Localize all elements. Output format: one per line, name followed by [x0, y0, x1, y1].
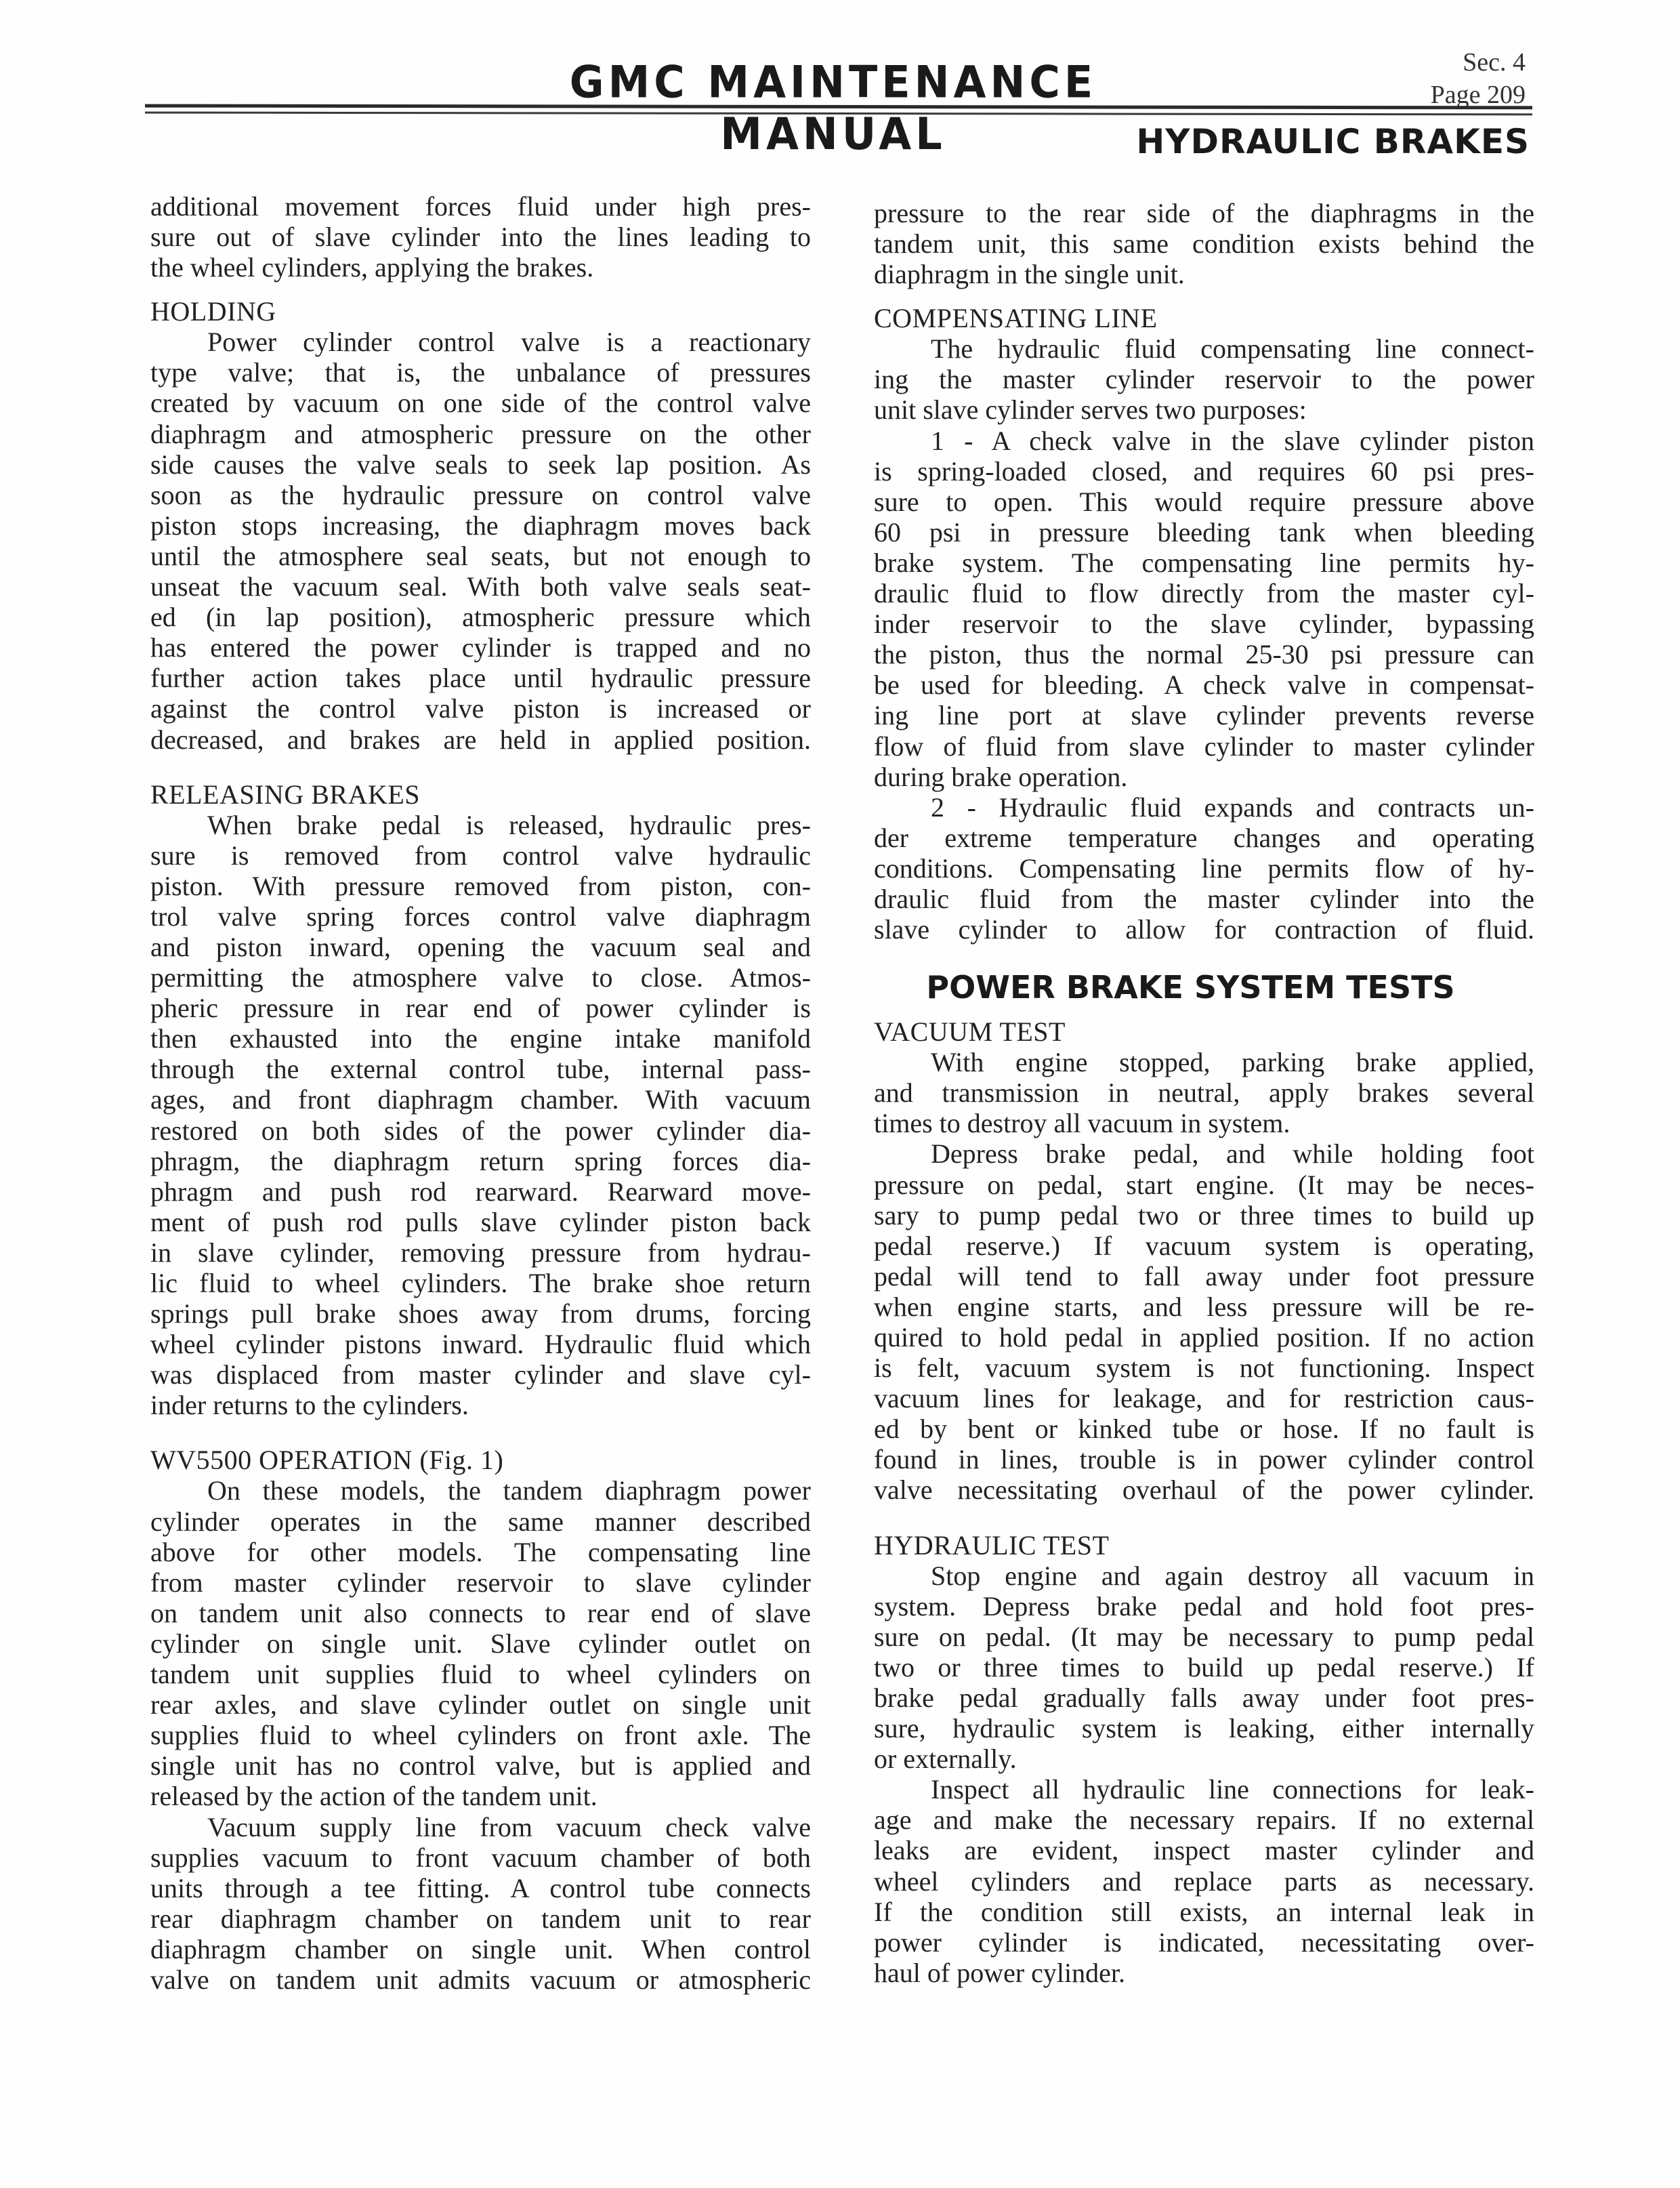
text-line: Inspect all hydraulic line connections f…: [874, 1774, 1534, 1804]
text-line: With engine stopped, parking brake appli…: [874, 1047, 1534, 1077]
text-line: pressure to the rear side of the diaphra…: [874, 198, 1534, 228]
text-line: tandem unit, this same condition exists …: [874, 228, 1534, 259]
text-line: piston stops increasing, the diaphragm m…: [150, 510, 811, 541]
text-line: On these models, the tandem diaphragm po…: [150, 1475, 811, 1506]
text-line: in slave cylinder, removing pressure fro…: [150, 1237, 811, 1268]
text-line: 60 psi in pressure bleeding tank when bl…: [874, 517, 1534, 548]
text-line: Stop engine and again destroy all vacuum…: [874, 1561, 1534, 1591]
holding-paragraph: Power cylinder control valve is a reacti…: [150, 327, 811, 754]
releasing-paragraph: When brake pedal is released, hydraulic …: [150, 810, 811, 1421]
continued-paragraph: pressure to the rear side of the diaphra…: [874, 198, 1534, 289]
text-line: draulic fluid from the master cylinder i…: [874, 884, 1534, 914]
hydraulic-test-paragraph-1: Stop engine and again destroy all vacuum…: [874, 1561, 1534, 1775]
text-line: units through a tee fitting. A control t…: [150, 1873, 811, 1903]
text-line: is felt, vacuum system is not functionin…: [874, 1353, 1534, 1383]
text-line: permitting the atmosphere valve to close…: [150, 962, 811, 993]
text-line: pressure on pedal, start engine. (It may…: [874, 1170, 1534, 1200]
text-line: unit slave cylinder serves two purposes:: [874, 394, 1534, 425]
text-line: wheel cylinder pistons inward. Hydraulic…: [150, 1329, 811, 1359]
section-title: HYDRAULIC BRAKES: [1136, 122, 1530, 161]
text-line: diaphragm chamber on single unit. When c…: [150, 1934, 811, 1964]
text-line: inder reservoir to the slave cylinder, b…: [874, 608, 1534, 639]
text-line: type valve; that is, the unbalance of pr…: [150, 357, 811, 388]
text-line: found in lines, trouble is in power cyli…: [874, 1444, 1534, 1474]
text-line: haul of power cylinder.: [874, 1958, 1534, 1988]
text-line: trol valve spring forces control valve d…: [150, 901, 811, 932]
left-column: additional movement forces fluid under h…: [150, 191, 811, 1995]
text-line: was displaced from master cylinder and s…: [150, 1359, 811, 1390]
text-line: be used for bleeding. A check valve in c…: [874, 669, 1534, 700]
compensating-item-1: 1 - A check valve in the slave cylinder …: [874, 426, 1534, 792]
text-line: during brake operation.: [874, 762, 1534, 792]
text-line: sure, hydraulic system is leaking, eithe…: [874, 1713, 1534, 1743]
text-line: until the atmosphere seal seats, but not…: [150, 541, 811, 571]
text-line: and piston inward, opening the vacuum se…: [150, 932, 811, 962]
text-line: against the control valve piston is incr…: [150, 693, 811, 724]
text-line: ment of push rod pulls slave cylinder pi…: [150, 1207, 811, 1237]
text-line: two or three times to build up pedal res…: [874, 1652, 1534, 1683]
text-line: inder returns to the cylinders.: [150, 1390, 811, 1420]
text-line: on tandem unit also connects to rear end…: [150, 1598, 811, 1628]
text-line: age and make the necessary repairs. If n…: [874, 1804, 1534, 1835]
text-line: der extreme temperature changes and oper…: [874, 823, 1534, 853]
text-line: additional movement forces fluid under h…: [150, 191, 811, 222]
text-line: side causes the valve seals to seek lap …: [150, 449, 811, 480]
text-line: conditions. Compensating line permits fl…: [874, 853, 1534, 884]
text-line: ed by bent or kinked tube or hose. If no…: [874, 1413, 1534, 1444]
text-line: sure is removed from control valve hydra…: [150, 840, 811, 871]
subheading-vacuum-test: VACUUM TEST: [874, 1016, 1534, 1047]
text-line: valve on tandem unit admits vacuum or at…: [150, 1964, 811, 1995]
text-line: brake pedal gradually falls away under f…: [874, 1683, 1534, 1713]
text-line: ing line port at slave cylinder prevents…: [874, 700, 1534, 730]
text-line: the wheel cylinders, applying the brakes…: [150, 252, 811, 283]
text-line: wheel cylinders and replace parts as nec…: [874, 1866, 1534, 1897]
text-line: ages, and front diaphragm chamber. With …: [150, 1084, 811, 1115]
text-line: pedal reserve.) If vacuum system is oper…: [874, 1231, 1534, 1261]
compensating-paragraph: The hydraulic fluid compensating line co…: [874, 333, 1534, 425]
text-line: has entered the power cylinder is trappe…: [150, 632, 811, 663]
text-line: Depress brake pedal, and while holding f…: [874, 1138, 1534, 1169]
text-line: then exhausted into the engine intake ma…: [150, 1023, 811, 1054]
text-line: pedal will tend to fall away under foot …: [874, 1261, 1534, 1292]
text-line: times to destroy all vacuum in system.: [874, 1108, 1534, 1138]
text-line: sary to pump pedal two or three times to…: [874, 1200, 1534, 1231]
text-line: when engine starts, and less pressure wi…: [874, 1292, 1534, 1322]
manual-page: GMC MAINTENANCE MANUAL Sec. 4 Page 209 H…: [0, 0, 1680, 2188]
section-number: Sec. 4: [1463, 47, 1526, 77]
text-line: unseat the vacuum seal. With both valve …: [150, 571, 811, 602]
text-line: If the condition still exists, an intern…: [874, 1897, 1534, 1927]
wv5500-paragraph-2: Vacuum supply line from vacuum check val…: [150, 1812, 811, 1996]
text-line: Vacuum supply line from vacuum check val…: [150, 1812, 811, 1842]
text-line: and transmission in neutral, apply brake…: [874, 1077, 1534, 1108]
text-line: piston. With pressure removed from pisto…: [150, 871, 811, 901]
subheading-releasing-brakes: RELEASING BRAKES: [150, 779, 811, 810]
text-line: 1 - A check valve in the slave cylinder …: [874, 426, 1534, 456]
text-line: diaphragm in the single unit.: [874, 259, 1534, 289]
text-line: sure out of slave cylinder into the line…: [150, 222, 811, 252]
text-line: supplies fluid to wheel cylinders on fro…: [150, 1720, 811, 1750]
text-line: When brake pedal is released, hydraulic …: [150, 810, 811, 840]
text-line: brake system. The compensating line perm…: [874, 548, 1534, 578]
text-line: supplies vacuum to front vacuum chamber …: [150, 1842, 811, 1873]
subheading-holding: HOLDING: [150, 296, 811, 327]
intro-paragraph: additional movement forces fluid under h…: [150, 191, 811, 283]
text-line: ing the master cylinder reservoir to the…: [874, 364, 1534, 394]
text-line: slave cylinder to allow for contraction …: [874, 914, 1534, 945]
section-heading-power-brake-tests: POWER BRAKE SYSTEM TESTS: [874, 958, 1534, 1016]
text-line: sure to open. This would require pressur…: [874, 487, 1534, 517]
subheading-compensating-line: COMPENSATING LINE: [874, 303, 1534, 333]
text-line: created by vacuum on one side of the con…: [150, 388, 811, 418]
text-line: is spring-loaded closed, and requires 60…: [874, 456, 1534, 487]
text-line: cylinder operates in the same manner des…: [150, 1506, 811, 1537]
text-line: sure on pedal. (It may be necessary to p…: [874, 1622, 1534, 1652]
text-line: phragm, the diaphragm return spring forc…: [150, 1146, 811, 1176]
text-line: rear axles, and slave cylinder outlet on…: [150, 1689, 811, 1720]
compensating-item-2: 2 - Hydraulic fluid expands and contract…: [874, 792, 1534, 945]
text-line: flow of fluid from slave cylinder to mas…: [874, 731, 1534, 762]
right-column: pressure to the rear side of the diaphra…: [874, 198, 1534, 1988]
text-line: Power cylinder control valve is a reacti…: [150, 327, 811, 357]
text-line: released by the action of the tandem uni…: [150, 1781, 811, 1811]
text-line: cylinder on single unit. Slave cylinder …: [150, 1628, 811, 1659]
text-line: tandem unit supplies fluid to wheel cyli…: [150, 1659, 811, 1689]
text-line: ed (in lap position), atmospheric pressu…: [150, 602, 811, 632]
vacuum-test-paragraph-1: With engine stopped, parking brake appli…: [874, 1047, 1534, 1138]
text-line: 2 - Hydraulic fluid expands and contract…: [874, 792, 1534, 823]
text-line: springs pull brake shoes away from drums…: [150, 1298, 811, 1329]
text-line: through the external control tube, inter…: [150, 1054, 811, 1084]
text-line: quired to hold pedal in applied position…: [874, 1322, 1534, 1353]
text-line: phragm and push rod rearward. Rearward m…: [150, 1176, 811, 1207]
text-line: above for other models. The compensating…: [150, 1537, 811, 1567]
text-line: soon as the hydraulic pressure on contro…: [150, 480, 811, 510]
text-line: The hydraulic fluid compensating line co…: [874, 333, 1534, 364]
text-line: the piston, thus the normal 25-30 psi pr…: [874, 639, 1534, 669]
subheading-wv5500-operation: WV5500 OPERATION (Fig. 1): [150, 1445, 811, 1475]
wv5500-paragraph-1: On these models, the tandem diaphragm po…: [150, 1475, 811, 1811]
vacuum-test-paragraph-2: Depress brake pedal, and while holding f…: [874, 1138, 1534, 1505]
text-line: rear diaphragm chamber on tandem unit to…: [150, 1903, 811, 1934]
hydraulic-test-paragraph-2: Inspect all hydraulic line connections f…: [874, 1774, 1534, 1988]
text-line: vacuum lines for leakage, and for restri…: [874, 1383, 1534, 1413]
text-line: lic fluid to wheel cylinders. The brake …: [150, 1268, 811, 1298]
text-line: leaks are evident, inspect master cylind…: [874, 1835, 1534, 1865]
text-line: system. Depress brake pedal and hold foo…: [874, 1591, 1534, 1622]
text-line: pheric pressure in rear end of power cyl…: [150, 993, 811, 1023]
text-line: or externally.: [874, 1743, 1534, 1774]
text-line: further action takes place until hydraul…: [150, 663, 811, 693]
subheading-hydraulic-test: HYDRAULIC TEST: [874, 1530, 1534, 1561]
text-line: power cylinder is indicated, necessitati…: [874, 1927, 1534, 1958]
text-line: diaphragm and atmospheric pressure on th…: [150, 419, 811, 449]
text-line: draulic fluid to flow directly from the …: [874, 578, 1534, 608]
text-line: from master cylinder reservoir to slave …: [150, 1567, 811, 1598]
text-line: decreased, and brakes are held in applie…: [150, 724, 811, 755]
text-line: single unit has no control valve, but is…: [150, 1750, 811, 1781]
text-line: restored on both sides of the power cyli…: [150, 1115, 811, 1146]
text-line: valve necessitating overhaul of the powe…: [874, 1474, 1534, 1505]
